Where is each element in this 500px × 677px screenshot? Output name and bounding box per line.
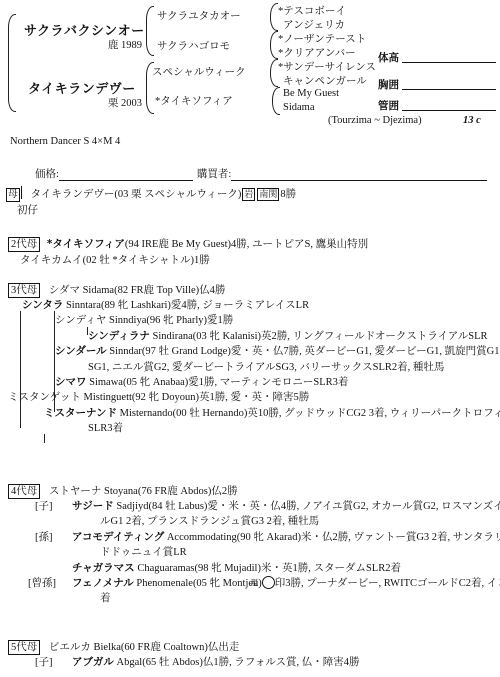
family-entry: シンダール Sinndar(97 牡 Grand Lodge)愛・英・仏7勝, …	[0, 344, 500, 375]
price-blank	[59, 169, 193, 181]
inbreeding-note: Northern Dancer S 4×M 4	[10, 136, 120, 147]
horse-record: Sadjiyd(84 牡 Labus)愛・米・英・仏4勝, ノアイユ賞G2, オ…	[100, 501, 500, 527]
horse-name: ミスターナンド	[44, 407, 117, 419]
relation-tag: [子]	[35, 499, 53, 514]
gp-sss: *テスコボーイ	[278, 3, 346, 18]
horse-record: Abgal(65 牡 Abdos)仏1勝, ラフォルス賞, 仏・障害4勝	[114, 657, 360, 668]
horse-record: Phenomenale(05 牝 Montjeu)	[134, 578, 262, 589]
dam-record-text: タイキランデヴー(03 栗 スペシャルウィーク)	[31, 189, 242, 200]
second-dam-record: (94 IRE鹿 Be My Guest)4勝, ユートピアS, 鷹巣山特別	[125, 239, 368, 250]
dam-box-label: 母	[6, 188, 20, 202]
family-entry: [曾孫]フェノメナル Phenomenale(05 牝 Montjeu)現印3勝…	[0, 576, 500, 607]
family-entry: [孫]アコモデイティング Accommodating(90 牝 Akarad)米…	[0, 530, 500, 561]
price-row: 価格:購買者:	[35, 166, 487, 181]
horse-name: チャガラマス	[72, 562, 135, 574]
horse-name: シンディラナ	[88, 330, 150, 342]
measure-cannon-label: 管囲	[378, 98, 399, 113]
family-entry: [子]サジード Sadjiyd(84 牡 Labus)愛・米・英・仏4勝, ノア…	[0, 499, 500, 530]
sire-brace	[146, 6, 154, 56]
second-dam-name: *タイキソフィア	[47, 238, 125, 250]
buyer-blank	[231, 169, 487, 181]
gp-brace-1	[270, 3, 278, 31]
gp-brace-4	[272, 87, 280, 115]
sire-dam: サクラハゴロモ	[157, 38, 230, 53]
horse-name: サジード	[72, 500, 114, 512]
third-dam-family-tree: シンタラ Sinntara(89 牝 Lashkari)愛4勝, ジョーラミアレ…	[0, 298, 490, 437]
family-origin: (Tourzima ~ Djezima)	[328, 115, 422, 126]
horse-record: Chaguaramas(98 牝 Mujadil)米・英1勝, スターダムSLR…	[135, 563, 401, 574]
dam-info: 栗 2003	[28, 95, 142, 110]
gp-ssd: アンジェリカ	[283, 17, 345, 32]
horse-name: シマワ	[55, 376, 87, 388]
dam-sire: スペシャルウィーク	[152, 64, 246, 79]
dam-region-mark-2: 南関	[257, 188, 279, 201]
horse-name: アコモデイティング	[72, 531, 164, 543]
gp-brace-2	[270, 31, 278, 59]
main-brace	[8, 14, 16, 112]
family-entry: ミスターナンド Misternando(00 牡 Hernando)英10勝, …	[0, 406, 500, 437]
measure-chest-blank	[402, 77, 496, 90]
active-status-mark: 現	[262, 576, 275, 589]
gp-sdd: *クリアアンバー	[278, 45, 356, 60]
label-5th-dam: 5代母	[8, 640, 40, 655]
gp-ddd: Sidama	[283, 102, 315, 113]
section-4th-dam-head: 4代母 ストヤーナ Stoyana(76 FR鹿 Abdos)仏2勝	[8, 483, 238, 499]
price-label: 価格:	[35, 169, 59, 180]
family-entry: シンディラナ Sindirana(03 牝 Kalanisi)英2勝, リングフ…	[0, 329, 500, 344]
measure-chest-label: 胸囲	[378, 77, 399, 92]
family-entry: チャガラマス Chaguaramas(98 牝 Mujadil)米・英1勝, ス…	[0, 561, 500, 576]
label-4th-dam: 4代母	[8, 484, 40, 499]
horse-name: シンタラ	[22, 299, 63, 311]
family-entry: ミスタンゲット Mistinguett(92 牝 Doyoun)英1勝, 愛・英…	[0, 390, 500, 405]
dam-dam: *タイキソフィア	[155, 93, 233, 108]
measure-height-blank	[402, 50, 496, 63]
horse-record: シンディヤ Sinndiya(96 牝 Pharly)愛1勝	[55, 315, 233, 326]
horse-record: Sinndar(97 牡 Grand Lodge)愛・英・仏7勝, 英ダービーG…	[88, 346, 500, 372]
family-entry: [子]アブガル Abgal(65 牡 Abdos)仏1勝, ラフォルス賞, 仏・…	[0, 655, 500, 670]
horse-record: Simawa(05 牝 Anabaa)愛1勝, マーティンモロニーSLR3着	[87, 377, 349, 388]
gp-brace-3	[270, 59, 278, 87]
gp-sds: *ノーザンテースト	[278, 31, 366, 46]
section-2nd-dam-head: 2代母 *タイキソフィア(94 IRE鹿 Be My Guest)4勝, ユート…	[8, 236, 368, 252]
dam-record-wins: 8勝	[280, 189, 296, 200]
sire-info: 鹿 1989	[26, 37, 142, 52]
relation-tag: [曾孫]	[28, 576, 56, 591]
horse-name: フェノメナル	[72, 577, 134, 589]
sire-sire: サクラユタカオー	[157, 8, 241, 23]
section-3rd-dam-head: 3代母 シダマ Sidama(82 FR鹿 Top Ville)仏4勝	[8, 282, 225, 298]
horse-record: Sinntara(89 牝 Lashkari)愛4勝, ジョーラミアレイスLR	[63, 300, 309, 311]
dam-region-mark-1: 岩	[242, 188, 255, 201]
fifth-dam-family-list: [子]アブガル Abgal(65 牡 Abdos)仏1勝, ラフォルス賞, 仏・…	[0, 655, 490, 670]
family-entry: シンタラ Sinntara(89 牝 Lashkari)愛4勝, ジョーラミアレ…	[0, 298, 500, 313]
family-number: 13 c	[463, 115, 481, 126]
catalog-page: サクラバクシンオー 鹿 1989 タイキランデヴー 栗 2003 サクラユタカオ…	[0, 0, 500, 677]
horse-record: Misternando(00 牡 Hernando)英10勝, グッドウッドCG…	[88, 408, 500, 434]
horse-record: Sindirana(03 牝 Kalanisi)英2勝, リングフィールドオーク…	[150, 331, 488, 342]
relation-tag: [子]	[35, 655, 53, 670]
horse-name: アブガル	[72, 656, 114, 668]
horse-name: シンダール	[55, 345, 107, 357]
first-foal-note: 初仔	[17, 202, 38, 217]
fourth-dam-family-list: [子]サジード Sadjiyd(84 牡 Labus)愛・米・英・仏4勝, ノア…	[0, 499, 490, 607]
label-2nd-dam: 2代母	[8, 237, 40, 252]
buyer-label: 購買者:	[197, 169, 231, 180]
measure-height-label: 体高	[378, 50, 399, 65]
dam-record-row: 母 タイキランデヴー(03 栗 スペシャルウィーク)岩南関8勝	[5, 186, 296, 202]
gp-dss: *サンデーサイレンス	[278, 59, 376, 74]
second-dam-foal: タイキカムイ(02 牡 *タイキシャトル)1勝	[20, 252, 210, 267]
family-entry: シマワ Simawa(05 牝 Anabaa)愛1勝, マーティンモロニーSLR…	[0, 375, 500, 390]
label-3rd-dam: 3代母	[8, 283, 40, 298]
gp-dsd: キャンペンガール	[283, 73, 367, 88]
measure-cannon-blank	[402, 98, 496, 111]
horse-record: ミスタンゲット Mistinguett(92 牝 Doyoun)英1勝, 愛・英…	[8, 392, 309, 403]
fourth-dam-record: ストヤーナ Stoyana(76 FR鹿 Abdos)仏2勝	[49, 486, 238, 497]
gp-dds: Be My Guest	[283, 88, 339, 99]
family-entry: シンディヤ Sinndiya(96 牝 Pharly)愛1勝	[0, 313, 500, 328]
third-dam-record: シダマ Sidama(82 FR鹿 Top Ville)仏4勝	[49, 285, 226, 296]
pedigree-chart: サクラバクシンオー 鹿 1989 タイキランデヴー 栗 2003 サクラユタカオ…	[0, 0, 500, 134]
fifth-dam-record: ビエルカ Bielka(60 FR鹿 Coaltown)仏出走	[49, 642, 239, 653]
relation-tag: [孫]	[35, 530, 53, 545]
section-5th-dam-head: 5代母 ビエルカ Bielka(60 FR鹿 Coaltown)仏出走	[8, 639, 239, 655]
